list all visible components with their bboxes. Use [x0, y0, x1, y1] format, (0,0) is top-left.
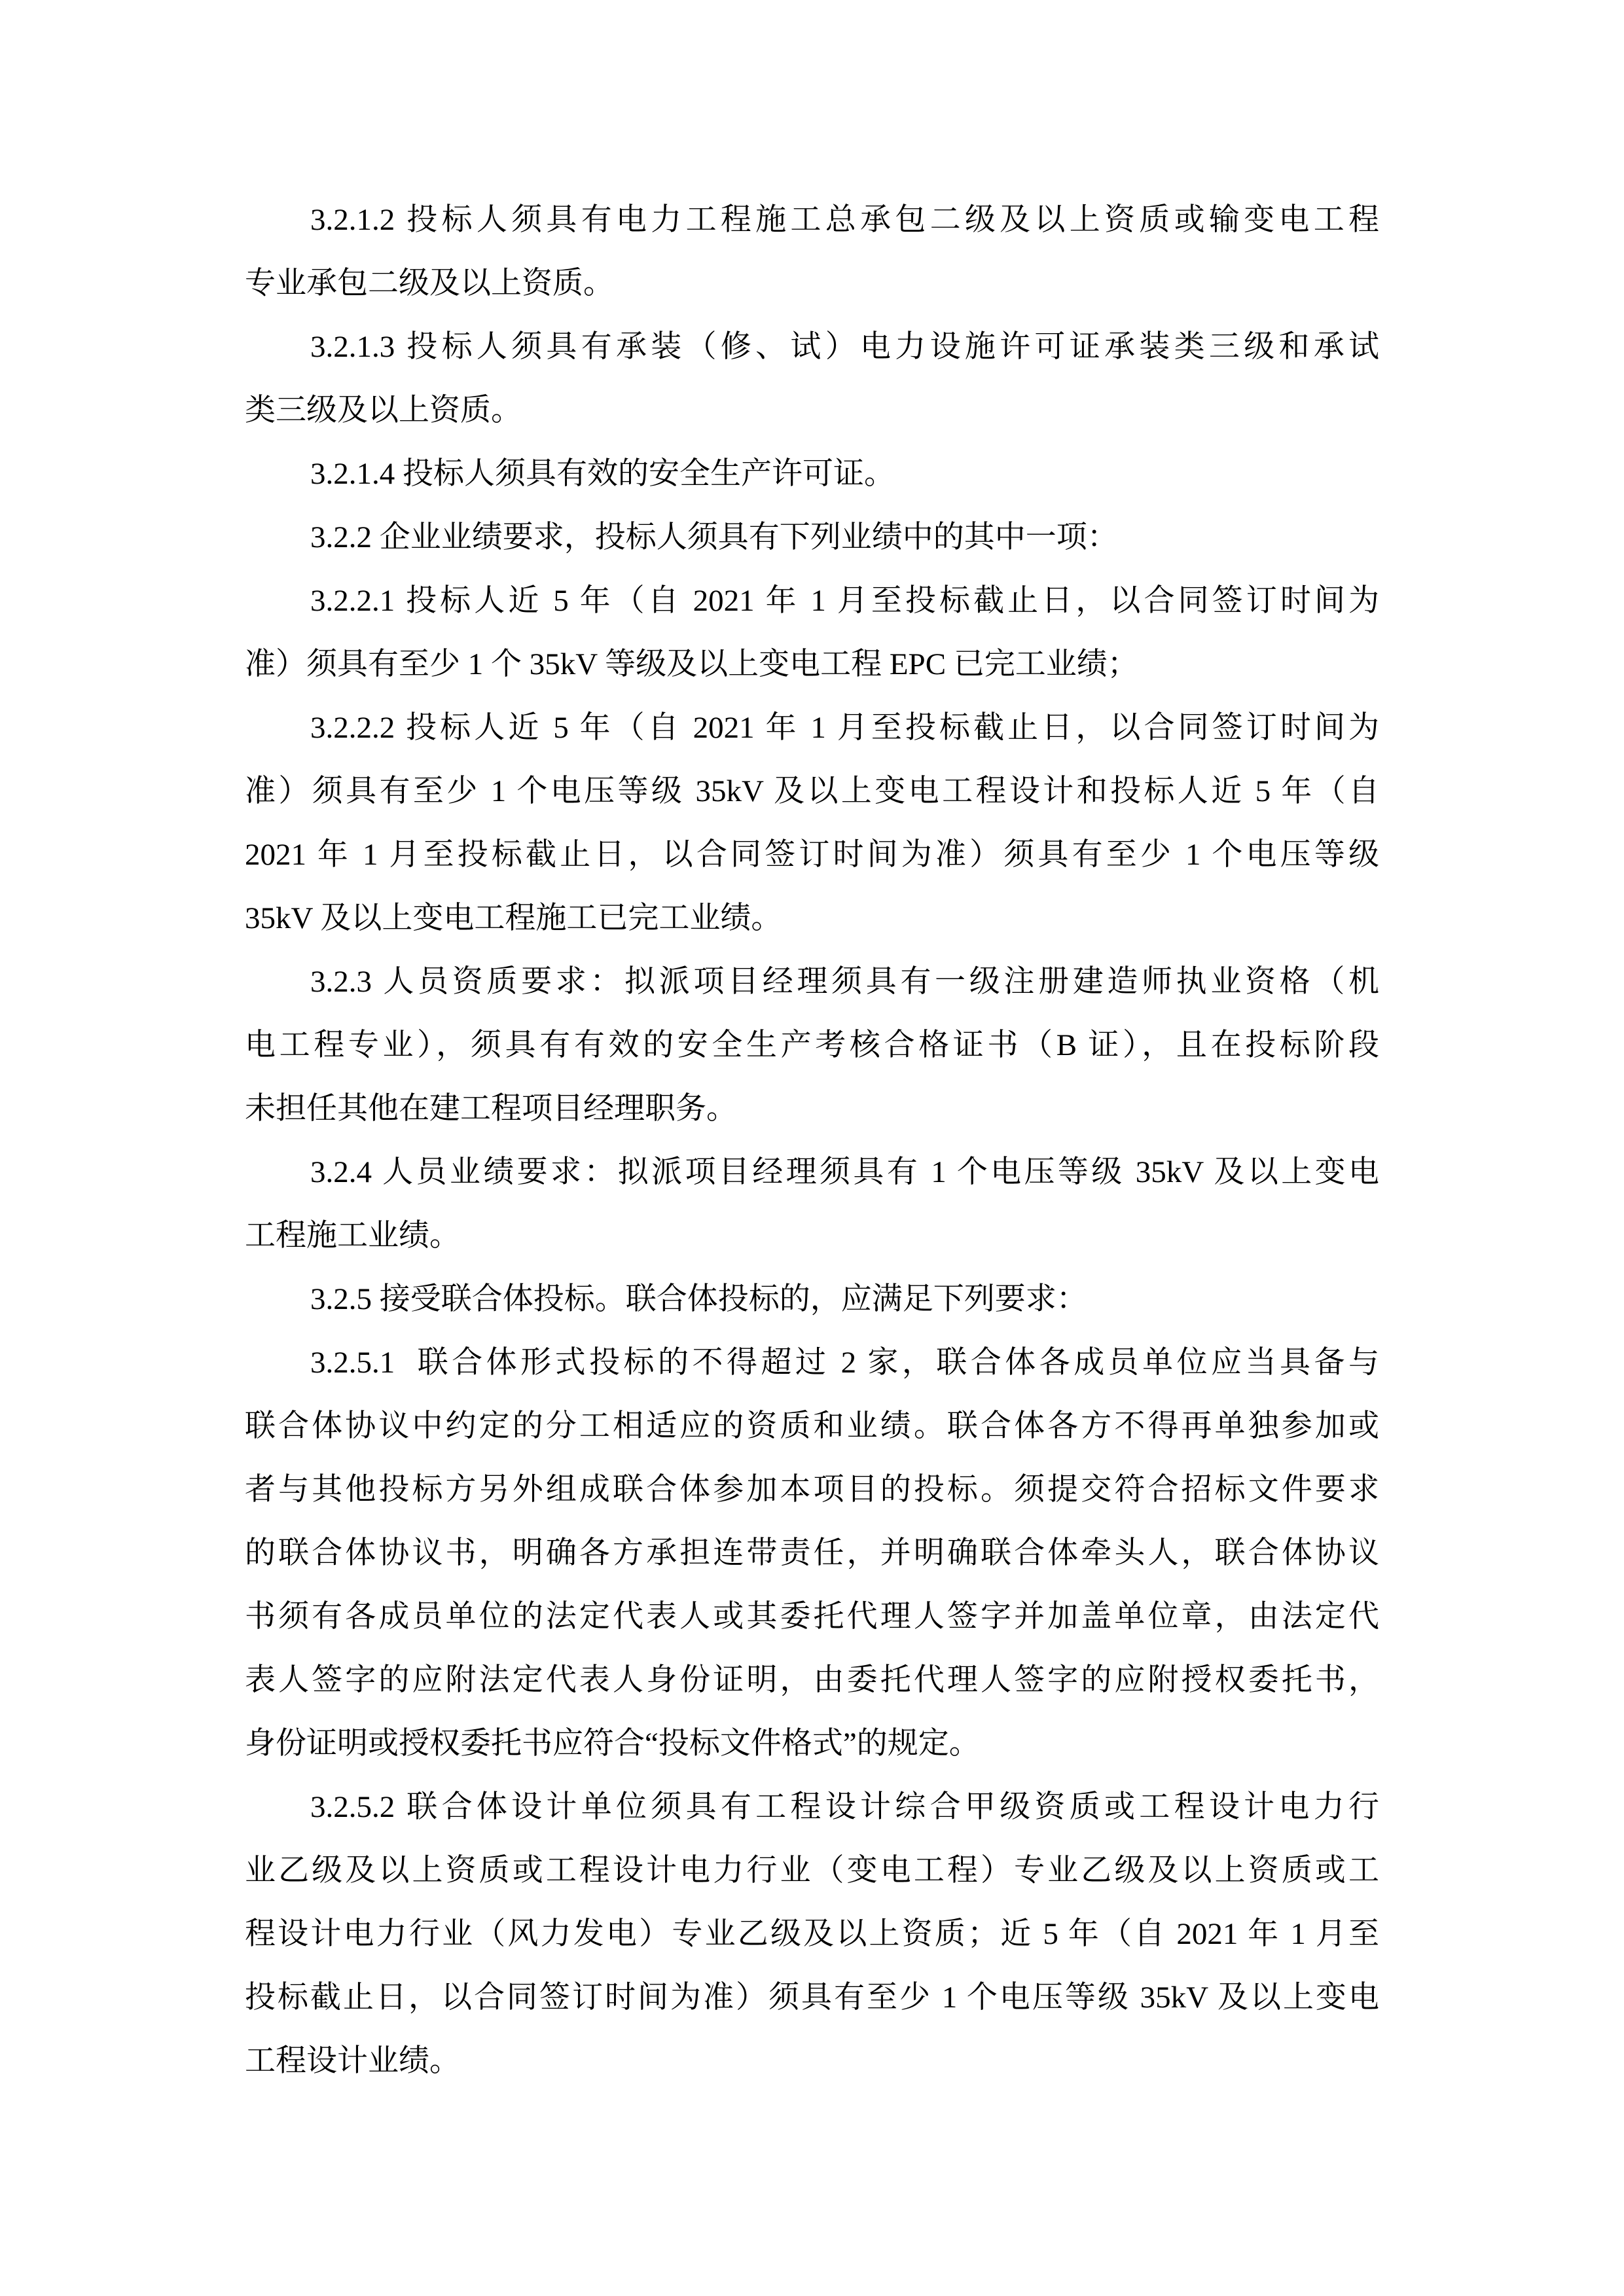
text-line: 电工程专业），须具有有效的安全生产考核合格证书（B 证），且在投标阶段 [245, 1014, 1379, 1077]
document-body: 3.2.1.2 投标人须具有电力工程施工总承包二级及以上资质或输变电工程专业承包… [245, 188, 1379, 2093]
text-line: 3.2.5.1 联合体形式投标的不得超过 2 家，联合体各成员单位应当具备与 [245, 1331, 1379, 1395]
text-line: 3.2.1.2 投标人须具有电力工程施工总承包二级及以上资质或输变电工程 [245, 188, 1379, 252]
text-line: 未担任其他在建工程项目经理职务。 [245, 1077, 1379, 1141]
text-line: 专业承包二级及以上资质。 [245, 252, 1379, 315]
text-line: 业乙级及以上资质或工程设计电力行业（变电工程）专业乙级及以上资质或工 [245, 1839, 1379, 1903]
text-line: 的联合体协议书，明确各方承担连带责任，并明确联合体牵头人，联合体协议 [245, 1522, 1379, 1585]
text-line: 35kV 及以上变电工程施工已完工业绩。 [245, 887, 1379, 950]
text-line: 3.2.5.2 联合体设计单位须具有工程设计综合甲级资质或工程设计电力行 [245, 1776, 1379, 1839]
text-line: 2021 年 1 月至投标截止日，以合同签订时间为准）须具有至少 1 个电压等级 [245, 823, 1379, 887]
text-line: 3.2.5 接受联合体投标。联合体投标的，应满足下列要求： [245, 1268, 1379, 1331]
text-line: 3.2.1.4 投标人须具有效的安全生产许可证。 [245, 442, 1379, 506]
text-line: 工程设计业绩。 [245, 2030, 1379, 2093]
text-line: 程设计电力行业（风力发电）专业乙级及以上资质；近 5 年（自 2021 年 1 … [245, 1903, 1379, 1966]
text-line: 3.2.3 人员资质要求：拟派项目经理须具有一级注册建造师执业资格（机 [245, 950, 1379, 1014]
text-line: 3.2.4 人员业绩要求：拟派项目经理须具有 1 个电压等级 35kV 及以上变… [245, 1141, 1379, 1204]
text-line: 表人签字的应附法定代表人身份证明，由委托代理人签字的应附授权委托书， [245, 1649, 1379, 1712]
text-line: 3.2.2.2 投标人近 5 年（自 2021 年 1 月至投标截止日，以合同签… [245, 696, 1379, 760]
document-page: 3.2.1.2 投标人须具有电力工程施工总承包二级及以上资质或输变电工程专业承包… [0, 0, 1624, 2296]
text-line: 书须有各成员单位的法定代表人或其委托代理人签字并加盖单位章，由法定代 [245, 1585, 1379, 1649]
text-line: 3.2.2.1 投标人近 5 年（自 2021 年 1 月至投标截止日，以合同签… [245, 569, 1379, 633]
text-line: 者与其他投标方另外组成联合体参加本项目的投标。须提交符合招标文件要求 [245, 1458, 1379, 1522]
text-line: 联合体协议中约定的分工相适应的资质和业绩。联合体各方不得再单独参加或 [245, 1395, 1379, 1458]
text-line: 投标截止日，以合同签订时间为准）须具有至少 1 个电压等级 35kV 及以上变电 [245, 1966, 1379, 2030]
text-line: 3.2.2 企业业绩要求，投标人须具有下列业绩中的其中一项： [245, 506, 1379, 569]
text-line: 工程施工业绩。 [245, 1204, 1379, 1268]
text-line: 准）须具有至少 1 个 35kV 等级及以上变电工程 EPC 已完工业绩； [245, 633, 1379, 696]
text-line: 3.2.1.3 投标人须具有承装（修、试）电力设施许可证承装类三级和承试 [245, 315, 1379, 379]
text-line: 类三级及以上资质。 [245, 379, 1379, 442]
text-line: 准）须具有至少 1 个电压等级 35kV 及以上变电工程设计和投标人近 5 年（… [245, 760, 1379, 823]
text-line: 身份证明或授权委托书应符合“投标文件格式”的规定。 [245, 1712, 1379, 1776]
